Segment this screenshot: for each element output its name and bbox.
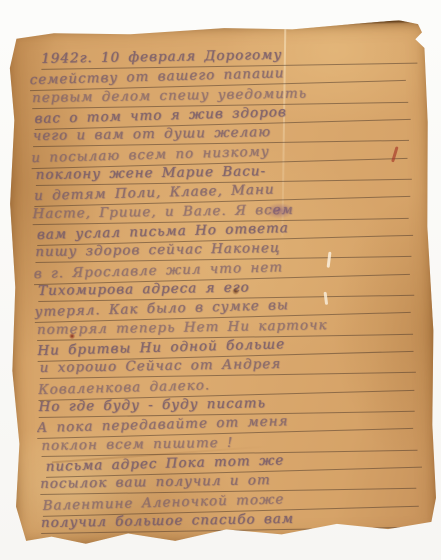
scanned-letter-photo: 1942г. 10 февраля Дорогому семейству от … (0, 0, 441, 560)
letter-paper: 1942г. 10 февраля Дорогому семейству от … (3, 18, 440, 549)
red-spot (69, 333, 75, 339)
